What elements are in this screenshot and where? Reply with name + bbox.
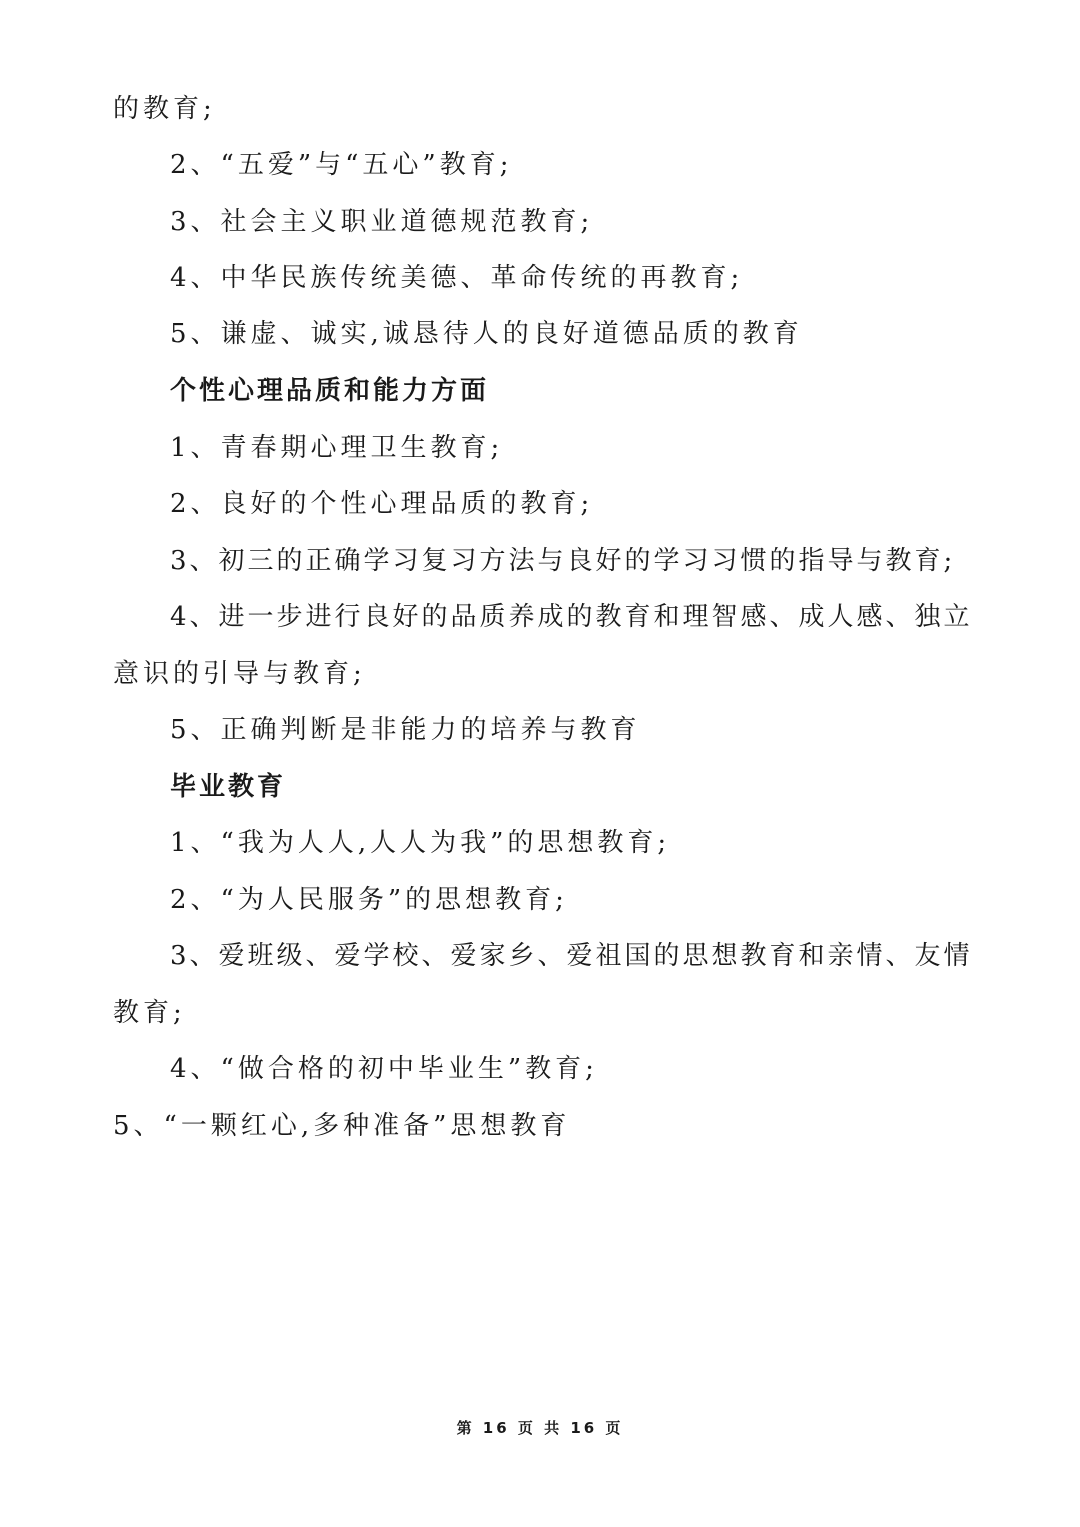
list-item: 2、良好的个性心理品质的教育; (170, 487, 593, 521)
list-item: 3、社会主义职业道德规范教育; (170, 205, 593, 239)
section-heading: 个性心理品质和能力方面 (170, 374, 489, 408)
list-item: 1、“我为人人,人人为我”的思想教育; (170, 826, 670, 860)
paragraph-line: 意识的引导与教育; (113, 657, 366, 691)
list-item: 5、正确判断是非能力的培养与教育 (170, 713, 641, 747)
list-item: 2、“五爱”与“五心”教育; (170, 148, 512, 182)
list-item: 5、“一颗红心,多种准备”思想教育 (113, 1109, 570, 1143)
list-item: 4、中华民族传统美德、革命传统的再教育; (170, 261, 743, 295)
list-item: 4、进一步进行良好的品质养成的教育和理智感、成人感、独立 (170, 600, 973, 634)
list-item: 3、爱班级、爱学校、爱家乡、爱祖国的思想教育和亲情、友情 (170, 939, 973, 973)
list-item: 1、青春期心理卫生教育; (170, 431, 503, 465)
list-item: 2、“为人民服务”的思想教育; (170, 883, 568, 917)
paragraph-line: 的教育; (113, 92, 216, 126)
page-number-footer: 第 16 页 共 16 页 (0, 1417, 1080, 1438)
list-item: 5、谦虚、诚实,诚恳待人的良好道德品质的教育 (170, 317, 803, 351)
section-heading: 毕业教育 (170, 770, 286, 804)
list-item: 3、初三的正确学习复习方法与良好的学习习惯的指导与教育; (170, 544, 955, 578)
paragraph-line: 教育; (113, 996, 186, 1030)
list-item: 4、“做合格的初中毕业生”教育; (170, 1052, 598, 1086)
